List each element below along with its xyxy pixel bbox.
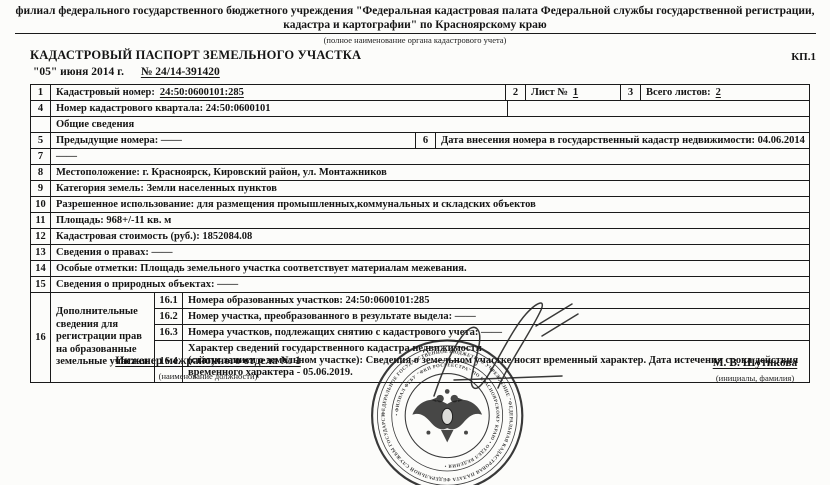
registry-date-cell: Дата внесения номера в государственный к… xyxy=(436,133,809,148)
org-name: филиал федерального государственного бюд… xyxy=(0,0,830,32)
row1-col2-number: 2 xyxy=(506,85,526,100)
sheet-value: 1 xyxy=(573,87,578,98)
rights-cell: Сведения о правах: —— xyxy=(51,245,809,260)
row1-col3-number: 3 xyxy=(621,85,641,100)
quarter-number-cell: Номер кадастрового квартала: 24:50:06001… xyxy=(51,101,508,116)
name-caption: (инициалы, фамилия) xyxy=(695,374,815,383)
row11-number: 11 xyxy=(31,213,51,228)
table-row-8: 8 Местоположение: г. Красноярск, Кировск… xyxy=(31,165,809,181)
handwritten-signature xyxy=(420,296,590,406)
table-row-7: 7 —— xyxy=(31,149,809,165)
org-name-line1: филиал федерального государственного бюд… xyxy=(0,5,830,19)
location-cell: Местоположение: г. Красноярск, Кировский… xyxy=(51,165,809,180)
doc-number: № 24/14-391420 xyxy=(141,66,220,78)
row5-number: 5 xyxy=(31,133,51,148)
natural-objects-cell: Сведения о природных объектах: —— xyxy=(51,277,809,292)
position-signature-block: Инженер межрайонного отдела № 1 (наимено… xyxy=(103,354,313,381)
table-row-14: 14 Особые отметки: Площадь земельного уч… xyxy=(31,261,809,277)
table-row-5: 5 Предыдущие номера: —— 6 Дата внесения … xyxy=(31,133,809,149)
date-line: "05" июня 2014 г. № 24/14-391420 xyxy=(0,63,830,79)
subrow-16-1-number: 16.1 xyxy=(155,293,183,308)
table-section-row: Общие сведения xyxy=(31,117,809,133)
row8-number: 8 xyxy=(31,165,51,180)
row14-number: 14 xyxy=(31,261,51,276)
table-row-11: 11 Площадь: 968+/-11 кв. м xyxy=(31,213,809,229)
table-row-15: 15 Сведения о природных объектах: —— xyxy=(31,277,809,293)
row10-number: 10 xyxy=(31,197,51,212)
position-caption: (наименование должности) xyxy=(103,372,313,381)
row1-number: 1 xyxy=(31,85,51,100)
header-rule xyxy=(15,33,816,34)
position-title: Инженер межрайонного отдела № 1 xyxy=(103,354,313,368)
permitted-use-cell: Разрешенное использование: для размещени… xyxy=(51,197,809,212)
signature-svg xyxy=(420,296,590,406)
row4-number: 4 xyxy=(31,101,51,116)
table-row-4: 4 Номер кадастрового квартала: 24:50:060… xyxy=(31,101,809,117)
row7-number: 7 xyxy=(31,149,51,164)
section-empty-number xyxy=(31,117,51,132)
org-caption: (полное наименование органа кадастрового… xyxy=(0,36,830,45)
special-notes-cell: Особые отметки: Площадь земельного участ… xyxy=(51,261,809,276)
row7-dash-cell: —— xyxy=(51,149,809,164)
name-signature-block: М. В. Шутикова (инициалы, фамилия) xyxy=(695,356,815,383)
section-title: Общие сведения xyxy=(51,117,809,132)
subrow-16-2-number: 16.2 xyxy=(155,309,183,324)
table-row-1: 1 Кадастровый номер:24:50:0600101:285 2 … xyxy=(31,85,809,101)
cadastral-number-label: Кадастровый номер: xyxy=(56,87,155,98)
row12-number: 12 xyxy=(31,229,51,244)
previous-numbers-cell: Предыдущие номера: —— xyxy=(51,133,416,148)
form-code: КП.1 xyxy=(791,51,816,63)
row4-empty-cell xyxy=(508,101,809,116)
row15-number: 15 xyxy=(31,277,51,292)
sheet-cell: Лист №1 xyxy=(526,85,621,100)
total-sheets-label: Всего листов: xyxy=(646,87,711,98)
table-row-10: 10 Разрешенное использование: для размещ… xyxy=(31,197,809,213)
cadastral-number-cell: Кадастровый номер:24:50:0600101:285 xyxy=(51,85,506,100)
cadastral-value-cell: Кадастровая стоимость (руб.): 1852084.08 xyxy=(51,229,809,244)
row13-number: 13 xyxy=(31,245,51,260)
org-name-line2: кадастра и картографии" по Красноярскому… xyxy=(0,19,830,33)
title-row: КАДАСТРОВЫЙ ПАСПОРТ ЗЕМЕЛЬНОГО УЧАСТКА К… xyxy=(0,45,830,63)
sheet-label: Лист № xyxy=(531,87,568,98)
table-row-9: 9 Категория земель: Земли населенных пун… xyxy=(31,181,809,197)
area-cell: Площадь: 968+/-11 кв. м xyxy=(51,213,809,228)
row6-number: 6 xyxy=(416,133,436,148)
land-category-cell: Категория земель: Земли населенных пункт… xyxy=(51,181,809,196)
subrow-16-3-number: 16.3 xyxy=(155,325,183,340)
total-sheets-value: 2 xyxy=(716,87,721,98)
cadastral-passport-page: филиал федерального государственного бюд… xyxy=(0,0,830,485)
page-title: КАДАСТРОВЫЙ ПАСПОРТ ЗЕМЕЛЬНОГО УЧАСТКА xyxy=(30,48,361,63)
doc-date: "05" июня 2014 г. xyxy=(33,66,124,78)
signer-name: М. В. Шутикова xyxy=(695,356,815,370)
table-row-12: 12 Кадастровая стоимость (руб.): 1852084… xyxy=(31,229,809,245)
cadastral-number-value: 24:50:0600101:285 xyxy=(160,87,244,98)
row16-number: 16 xyxy=(31,293,51,382)
row9-number: 9 xyxy=(31,181,51,196)
table-row-13: 13 Сведения о правах: —— xyxy=(31,245,809,261)
total-sheets-cell: Всего листов:2 xyxy=(641,85,809,100)
